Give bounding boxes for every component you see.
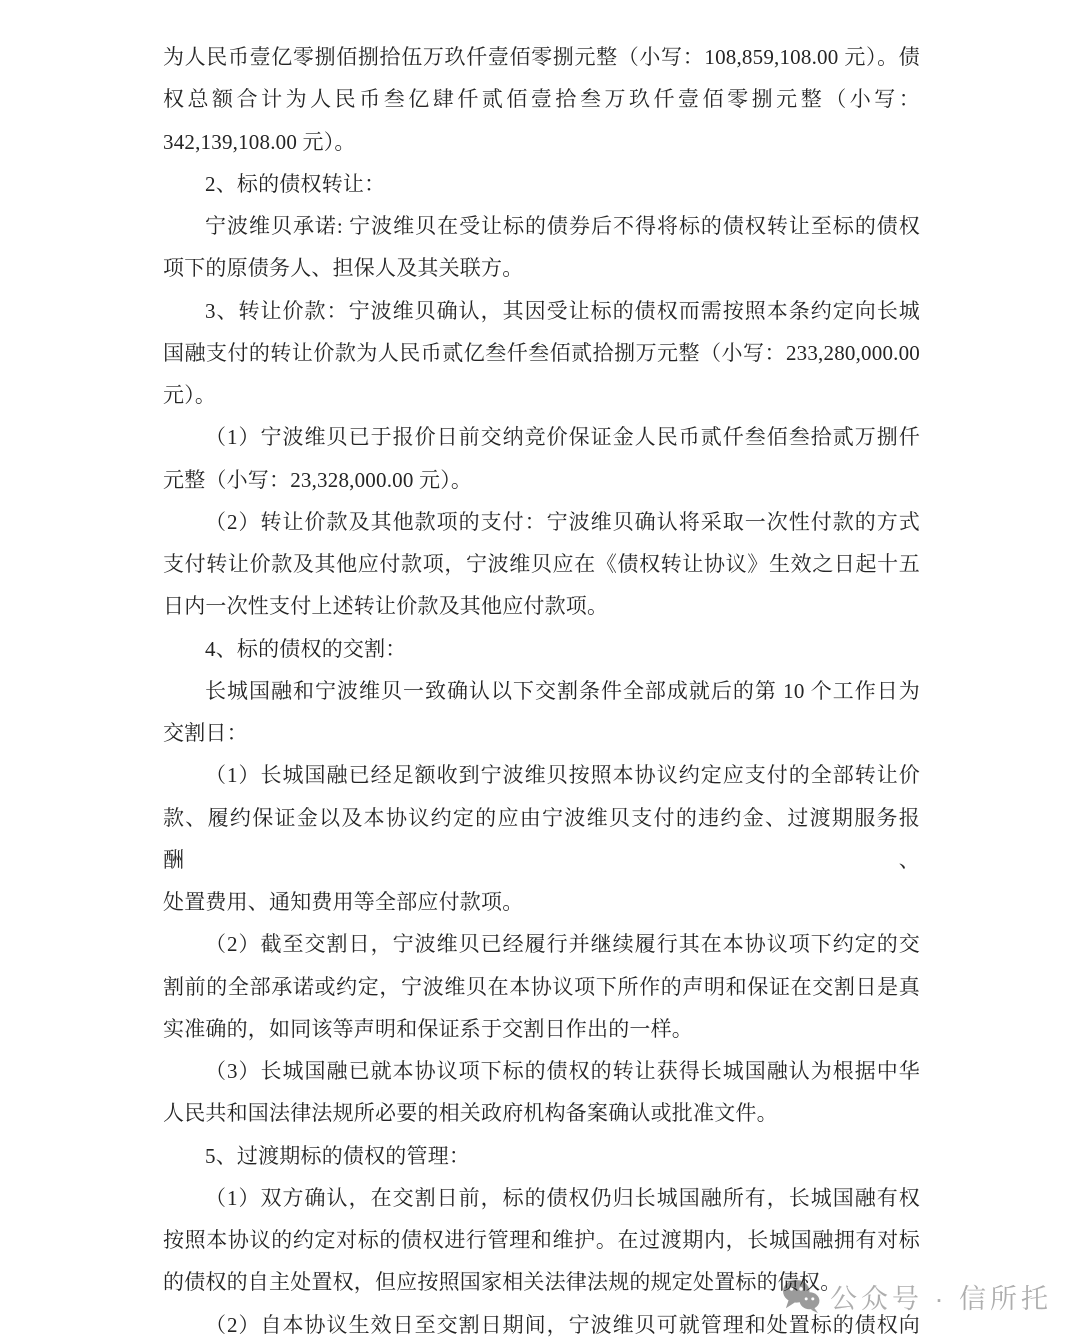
text-line: 款、履约保证金以及本协议约定的应由宁波维贝支付的违约金、过渡期服务报酬、	[163, 797, 920, 882]
text-line: 交割日：	[163, 712, 920, 754]
text-line: 3、转让价款：宁波维贝确认，其因受让标的债权而需按照本条约定向长城	[163, 290, 920, 332]
text-line: （1）双方确认，在交割日前，标的债权仍归长城国融所有，长城国融有权	[163, 1177, 920, 1219]
document-body: 为人民币壹亿零捌佰捌拾伍万玖仟壹佰零捌元整（小写：108,859,108.00 …	[163, 36, 920, 1340]
text-line: 元）。	[163, 374, 920, 416]
text-line: 长城国融和宁波维贝一致确认以下交割条件全部成就后的第 10 个工作日为	[163, 670, 920, 712]
text-line: （2）转让价款及其他款项的支付：宁波维贝确认将采取一次性付款的方式	[163, 501, 920, 543]
document-page: 公众号 · 信所托 为人民币壹亿零捌佰捌拾伍万玖仟壹佰零捌元整（小写：108,8…	[0, 0, 1080, 1340]
text-line: 按照本协议的约定对标的债权进行管理和维护。在过渡期内，长城国融拥有对标	[163, 1219, 920, 1261]
text-line: （1）长城国融已经足额收到宁波维贝按照本协议约定应支付的全部转让价	[163, 754, 920, 796]
text-line: 人民共和国法律法规所必要的相关政府机构备案确认或批准文件。	[163, 1092, 920, 1134]
text-line: 2、标的债权转让：	[163, 163, 920, 205]
text-line: 支付转让价款及其他应付款项，宁波维贝应在《债权转让协议》生效之日起十五	[163, 543, 920, 585]
text-line: 4、标的债权的交割：	[163, 628, 920, 670]
text-line: 项下的原债务人、担保人及其关联方。	[163, 247, 920, 289]
text-line: 实准确的，如同该等声明和保证系于交割日作出的一样。	[163, 1008, 920, 1050]
text-line: 处置费用、通知费用等全部应付款项。	[163, 881, 920, 923]
text-line: 5、过渡期标的债权的管理：	[163, 1135, 920, 1177]
text-line: 的债权的自主处置权，但应按照国家相关法律法规的规定处置标的债权。	[163, 1261, 920, 1303]
text-line: （2）截至交割日，宁波维贝已经履行并继续履行其在本协议项下约定的交	[163, 923, 920, 965]
text-line: 权总额合计为人民币叁亿肆仟贰佰壹拾叁万玖仟壹佰零捌元整（小写：	[163, 78, 920, 120]
text-line: （1）宁波维贝已于报价日前交纳竞价保证金人民币贰仟叁佰叁拾贰万捌仟	[163, 416, 920, 458]
text-line: 割前的全部承诺或约定，宁波维贝在本协议项下所作的声明和保证在交割日是真	[163, 966, 920, 1008]
text-line: 为人民币壹亿零捌佰捌拾伍万玖仟壹佰零捌元整（小写：108,859,108.00 …	[163, 36, 920, 78]
text-line: 日内一次性支付上述转让价款及其他应付款项。	[163, 585, 920, 627]
text-line: 宁波维贝承诺: 宁波维贝在受让标的债券后不得将标的债权转让至标的债权	[163, 205, 920, 247]
text-line: 国融支付的转让价款为人民币贰亿叁仟叁佰贰拾捌万元整（小写：233,280,000…	[163, 332, 920, 374]
text-line: 元整（小写：23,328,000.00 元）。	[163, 459, 920, 501]
text-line: （2）自本协议生效日至交割日期间，宁波维贝可就管理和处置标的债权向	[163, 1304, 920, 1340]
text-line: （3）长城国融已就本协议项下标的债权的转让获得长城国融认为根据中华	[163, 1050, 920, 1092]
text-line: 342,139,108.00 元）。	[163, 121, 920, 163]
